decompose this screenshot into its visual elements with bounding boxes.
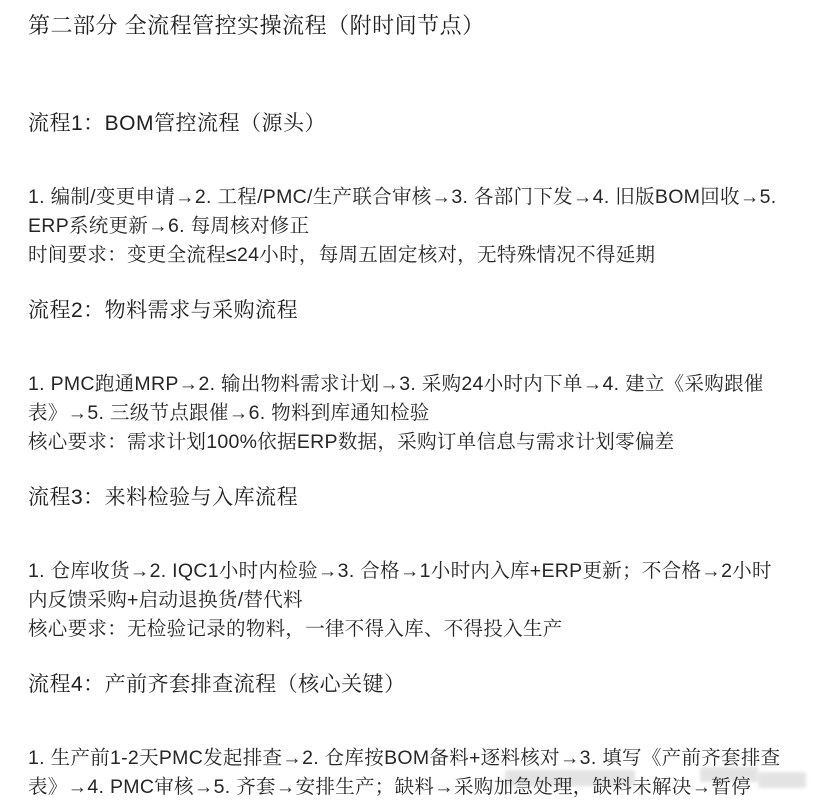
process-flow: 1. PMC跑通MRP→2. 输出物料需求计划→3. 采购24小时内下单→4. …	[28, 370, 783, 428]
process-flow: 1. 编制/变更申请→2. 工程/PMC/生产联合审核→3. 各部门下发→4. …	[28, 183, 783, 241]
section-heading: 流程3：来料检验与入库流程	[28, 485, 783, 511]
process-section-4: 流程4：产前齐套排查流程（核心关键） 1. 生产前1-2天PMC发起排查→2. …	[28, 672, 783, 802]
document-page: 第二部分 全流程管控实操流程（附时间节点） 流程1：BOM管控流程（源头） 1.…	[0, 0, 813, 802]
process-section-2: 流程2：物料需求与采购流程 1. PMC跑通MRP→2. 输出物料需求计划→3.…	[28, 298, 783, 457]
process-section-3: 流程3：来料检验与入库流程 1. 仓库收货→2. IQC1小时内检验→3. 合格…	[28, 485, 783, 644]
process-flow: 1. 仓库收货→2. IQC1小时内检验→3. 合格→1小时内入库+ERP更新；…	[28, 557, 783, 615]
section-heading: 流程4：产前齐套排查流程（核心关键）	[28, 672, 783, 698]
process-requirement: 时间要求：变更全流程≤24小时，每周五固定核对，无特殊情况不得延期	[28, 241, 783, 270]
section-heading: 流程2：物料需求与采购流程	[28, 298, 783, 324]
document-title: 第二部分 全流程管控实操流程（附时间节点）	[28, 13, 783, 39]
process-requirement: 核心要求：需求计划100%依据ERP数据，采购订单信息与需求计划零偏差	[28, 428, 783, 457]
process-section-1: 流程1：BOM管控流程（源头） 1. 编制/变更申请→2. 工程/PMC/生产联…	[28, 111, 783, 270]
section-heading: 流程1：BOM管控流程（源头）	[28, 111, 783, 137]
process-requirement: 核心要求：无检验记录的物料，一律不得入库、不得投入生产	[28, 615, 783, 644]
process-flow: 1. 生产前1-2天PMC发起排查→2. 仓库按BOM备料+逐料核对→3. 填写…	[28, 744, 783, 802]
